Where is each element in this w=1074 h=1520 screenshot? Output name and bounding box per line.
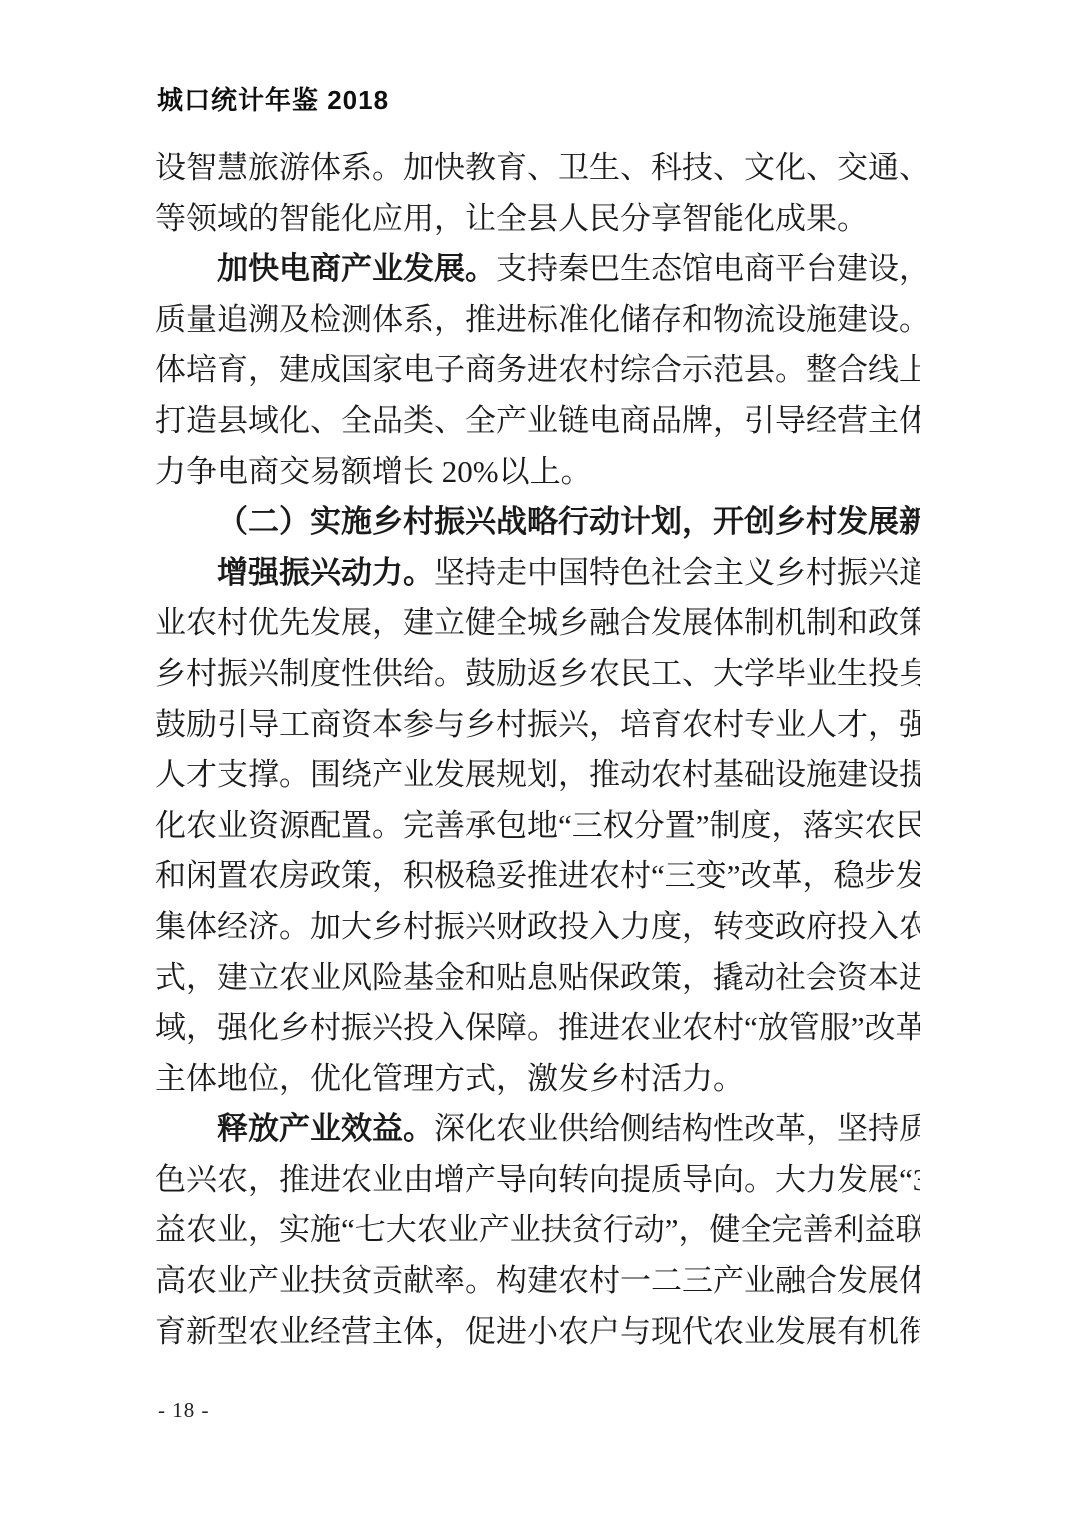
paragraph-line: 育新型农业经营主体，促进小农户与现代农业发展有机衔接，推进“互 — [155, 1307, 920, 1358]
paragraph-line: 鼓励引导工商资本参与乡村振兴，培育农村专业人才，强化乡村振兴 — [155, 700, 920, 751]
paragraph-line: 式，建立农业风险基金和贴息贴保政策，撬动社会资本进入“三农”领 — [155, 953, 920, 1004]
section-heading-line: （二）实施乡村振兴战略行动计划，开创乡村发展新境界。 — [155, 497, 920, 548]
paragraph-line: 高农业产业扶贫贡献率。构建农村一二三产业融合发展体系，积极培 — [155, 1256, 920, 1307]
paragraph-line: 等领域的智能化应用，让全县人民分享智能化成果。 — [155, 194, 920, 245]
paragraph-line: 和闲置农房政策，积极稳妥推进农村“三变”改革，稳步发展新型农村 — [155, 851, 920, 902]
paragraph-line: 体培育，建成国家电子商务进农村综合示范县。整合线上、线下资源， — [155, 345, 920, 396]
paragraph-line: 设智慧旅游体系。加快教育、卫生、科技、文化、交通、商贸、物流 — [155, 143, 920, 194]
line-text: 和闲置农房政策，积极稳妥推进农村“三变”改革，稳步发展新型农村 — [155, 858, 920, 893]
line-text: 乡村振兴制度性供给。鼓励返乡农民工、大学毕业生投身乡村建设， — [155, 656, 920, 691]
line-text: 业农村优先发展，建立健全城乡融合发展体制机制和政策体系，强化 — [155, 605, 920, 640]
line-text: 坚持走中国特色社会主义乡村振兴道路，推动农 — [434, 555, 920, 590]
document-body: 设智慧旅游体系。加快教育、卫生、科技、文化、交通、商贸、物流等领域的智能化应用，… — [155, 143, 920, 1357]
document-page: 城口统计年鉴 2018 设智慧旅游体系。加快教育、卫生、科技、文化、交通、商贸、… — [0, 0, 1074, 1520]
line-text: 深化农业供给侧结构性改革，坚持质量兴农、绿 — [434, 1111, 920, 1146]
paragraph-lead: 增强振兴动力。 — [217, 555, 434, 590]
paragraph-line: 益农业，实施“七大农业产业扶贫行动”，健全完善利益联结机制，提 — [155, 1205, 920, 1256]
paragraph-line: 质量追溯及检测体系，推进标准化储存和物流设施建设。加大电商主 — [155, 295, 920, 346]
paragraph-line: 增强振兴动力。坚持走中国特色社会主义乡村振兴道路，推动农 — [155, 548, 920, 599]
paragraph-line: 域，强化乡村振兴投入保障。推进农业农村“放管服”改革，强化农民 — [155, 1003, 920, 1054]
line-text: 式，建立农业风险基金和贴息贴保政策，撬动社会资本进入“三农”领 — [155, 960, 920, 995]
paragraph-line: 集体经济。加大乡村振兴财政投入力度，转变政府投入农业的扶持方 — [155, 902, 920, 953]
paragraph-line: 色兴农，推进农业由增产导向转向提质导向。大力发展“3+X”特色效 — [155, 1155, 920, 1206]
line-text: 主体地位，优化管理方式，激发乡村活力。 — [155, 1061, 744, 1096]
line-text: 设智慧旅游体系。加快教育、卫生、科技、文化、交通、商贸、物流 — [155, 150, 920, 185]
line-text: 支持秦巴生态馆电商平台建设，完善农产品 — [496, 251, 920, 286]
line-text: （二）实施乡村振兴战略行动计划，开创乡村发展新境界。 — [217, 504, 920, 539]
paragraph-line: 化农业资源配置。完善承包地“三权分置”制度，落实农民闲置宅基地 — [155, 801, 920, 852]
paragraph-line: 力争电商交易额增长 20%以上。 — [155, 447, 920, 498]
line-text: 集体经济。加大乡村振兴财政投入力度，转变政府投入农业的扶持方 — [155, 909, 920, 944]
line-text: 化农业资源配置。完善承包地“三权分置”制度，落实农民闲置宅基地 — [155, 808, 920, 843]
paragraph-lead: 释放产业效益。 — [217, 1111, 434, 1146]
line-text: 等领域的智能化应用，让全县人民分享智能化成果。 — [155, 201, 868, 236]
line-text: 体培育，建成国家电子商务进农村综合示范县。整合线上、线下资源， — [155, 352, 920, 387]
line-text: 育新型农业经营主体，促进小农户与现代农业发展有机衔接，推进“互 — [155, 1314, 920, 1349]
page-number: - 18 - — [158, 1398, 210, 1423]
paragraph-line: 加快电商产业发展。支持秦巴生态馆电商平台建设，完善农产品 — [155, 244, 920, 295]
line-text: 质量追溯及检测体系，推进标准化储存和物流设施建设。加大电商主 — [155, 302, 920, 337]
paragraph-line: 人才支撑。围绕产业发展规划，推动农村基础设施建设提档升级，优 — [155, 750, 920, 801]
line-text: 高农业产业扶贫贡献率。构建农村一二三产业融合发展体系，积极培 — [155, 1263, 920, 1298]
paragraph-line: 释放产业效益。深化农业供给侧结构性改革，坚持质量兴农、绿 — [155, 1104, 920, 1155]
paragraph-line: 主体地位，优化管理方式，激发乡村活力。 — [155, 1054, 920, 1105]
paragraph-lead: 加快电商产业发展。 — [217, 251, 496, 286]
line-text: 力争电商交易额增长 20%以上。 — [155, 454, 592, 489]
paragraph-line: 业农村优先发展，建立健全城乡融合发展体制机制和政策体系，强化 — [155, 598, 920, 649]
line-text: 益农业，实施“七大农业产业扶贫行动”，健全完善利益联结机制，提 — [155, 1212, 920, 1247]
line-text: 打造县域化、全品类、全产业链电商品牌，引导经营主体网上交易， — [155, 403, 920, 438]
page-header-title: 城口统计年鉴 2018 — [157, 80, 389, 117]
line-text: 色兴农，推进农业由增产导向转向提质导向。大力发展“3+X”特色效 — [155, 1162, 920, 1197]
line-text: 人才支撑。围绕产业发展规划，推动农村基础设施建设提档升级，优 — [155, 757, 920, 792]
line-text: 域，强化乡村振兴投入保障。推进农业农村“放管服”改革，强化农民 — [155, 1010, 920, 1045]
paragraph-line: 打造县域化、全品类、全产业链电商品牌，引导经营主体网上交易， — [155, 396, 920, 447]
line-text: 鼓励引导工商资本参与乡村振兴，培育农村专业人才，强化乡村振兴 — [155, 707, 920, 742]
paragraph-line: 乡村振兴制度性供给。鼓励返乡农民工、大学毕业生投身乡村建设， — [155, 649, 920, 700]
